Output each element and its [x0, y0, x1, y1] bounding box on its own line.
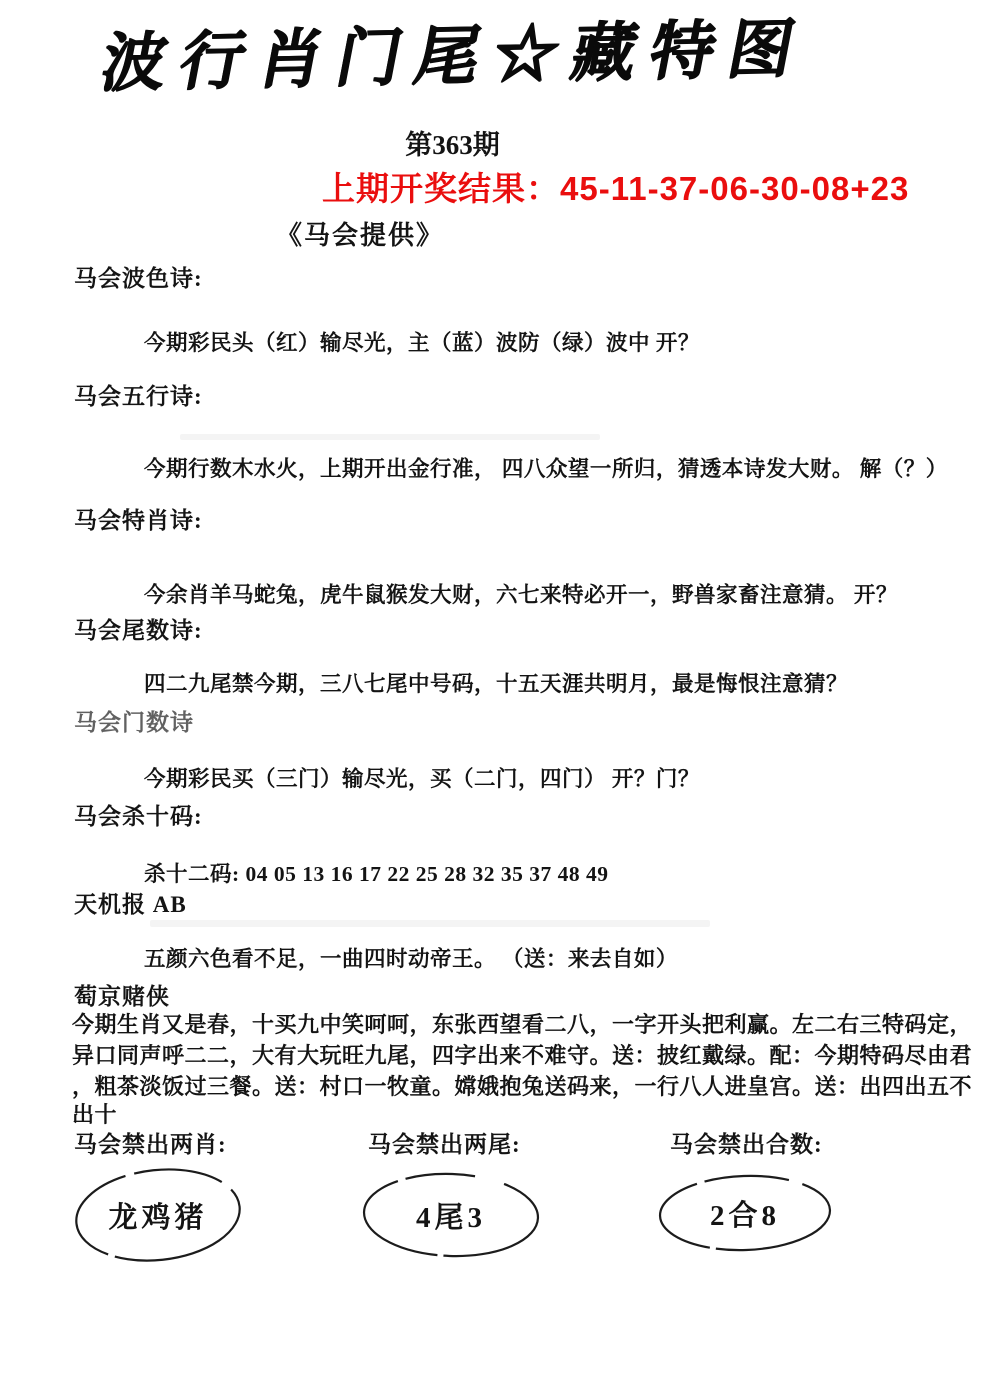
duxia-paragraph-line-4: 出十: [72, 1098, 932, 1129]
forbidden-sum-heading: 马会禁出合数:: [670, 1126, 823, 1159]
last-draw-result-numbers: 45-11-37-06-30-08+23: [560, 170, 909, 207]
last-draw-result-label: 上期开奖结果：: [322, 170, 560, 207]
last-draw-result: 上期开奖结果：45-11-37-06-30-08+23: [322, 163, 909, 210]
forbidden-zodiac-value: 龙鸡猪: [70, 1165, 246, 1265]
forbidden-zodiac-oval: 龙鸡猪: [70, 1165, 246, 1265]
poem-line-menshu: 今期彩民买（三门）输尽光，买（二门，四门） 开？门？: [144, 762, 700, 793]
poem-line-bose: 今期彩民头（红）输尽光，主（蓝）波防（绿）波中 开？: [144, 326, 700, 357]
section-heading-texiao: 马会特肖诗:: [74, 502, 203, 535]
forbidden-tails-oval: 4尾3: [360, 1170, 542, 1260]
provider-line: 《马会提供》: [276, 215, 444, 252]
poem-line-texiao: 今余肖羊马蛇兔，虎牛鼠猴发大财，六七来特必开一，野兽家畜注意猜。 开？: [144, 578, 898, 609]
poem-line-wuxing: 今期行数木水火，上期开出金行准， 四八众望一所归，猜透本诗发大财。 解（？）: [144, 452, 948, 483]
section-heading-duxia: 萄京赌侠: [74, 978, 170, 1011]
section-heading-weishu: 马会尾数诗:: [74, 612, 203, 645]
section-heading-wuxing: 马会五行诗:: [74, 378, 203, 411]
section-heading-tianji: 天机报 AB: [74, 886, 187, 919]
forbidden-sum-oval: 2合8: [656, 1172, 834, 1254]
kill-numbers-line: 杀十二码: 04 05 13 16 17 22 25 28 32 35 37 4…: [144, 857, 609, 888]
duxia-paragraph-line-2: 异口同声呼二二，大有大玩旺九尾，四字出来不难守。送：披红戴绿。配：今期特码尽由君: [72, 1039, 932, 1070]
scan-noise: [180, 434, 600, 440]
page-title: 波行肖门尾☆藏特图: [94, 0, 905, 104]
forbidden-zodiac-heading: 马会禁出两肖:: [74, 1126, 227, 1159]
section-heading-shama: 马会杀十码:: [74, 798, 203, 831]
forbidden-sum-value: 2合8: [656, 1172, 834, 1254]
poem-line-weishu: 四二九尾禁今期，三八七尾中号码，十五天涯共明月，最是悔恨注意猜？: [144, 667, 848, 698]
issue-number: 第363期: [0, 123, 905, 162]
duxia-paragraph-line-3: ，粗茶淡饭过三餐。送：村口一牧童。嫦娥抱兔送码来，一行八人进皇宫。送：出四出五不: [72, 1070, 932, 1101]
forbidden-tails-heading: 马会禁出两尾:: [368, 1126, 521, 1159]
scan-noise: [150, 920, 710, 927]
section-heading-bose: 马会波色诗:: [74, 260, 203, 293]
lottery-tip-sheet: 波行肖门尾☆藏特图 第363期 上期开奖结果：45-11-37-06-30-08…: [0, 0, 981, 1388]
forbidden-tails-value: 4尾3: [360, 1170, 542, 1260]
poem-line-tianji: 五颜六色看不足，一曲四时动帝王。 （送：来去自如）: [144, 942, 678, 973]
section-heading-menshu: 马会门数诗: [74, 704, 194, 737]
duxia-paragraph-line-1: 今期生肖又是春，十买九中笑呵呵，东张西望看二八，一字开头把利赢。左二右三特码定，: [72, 1008, 932, 1039]
